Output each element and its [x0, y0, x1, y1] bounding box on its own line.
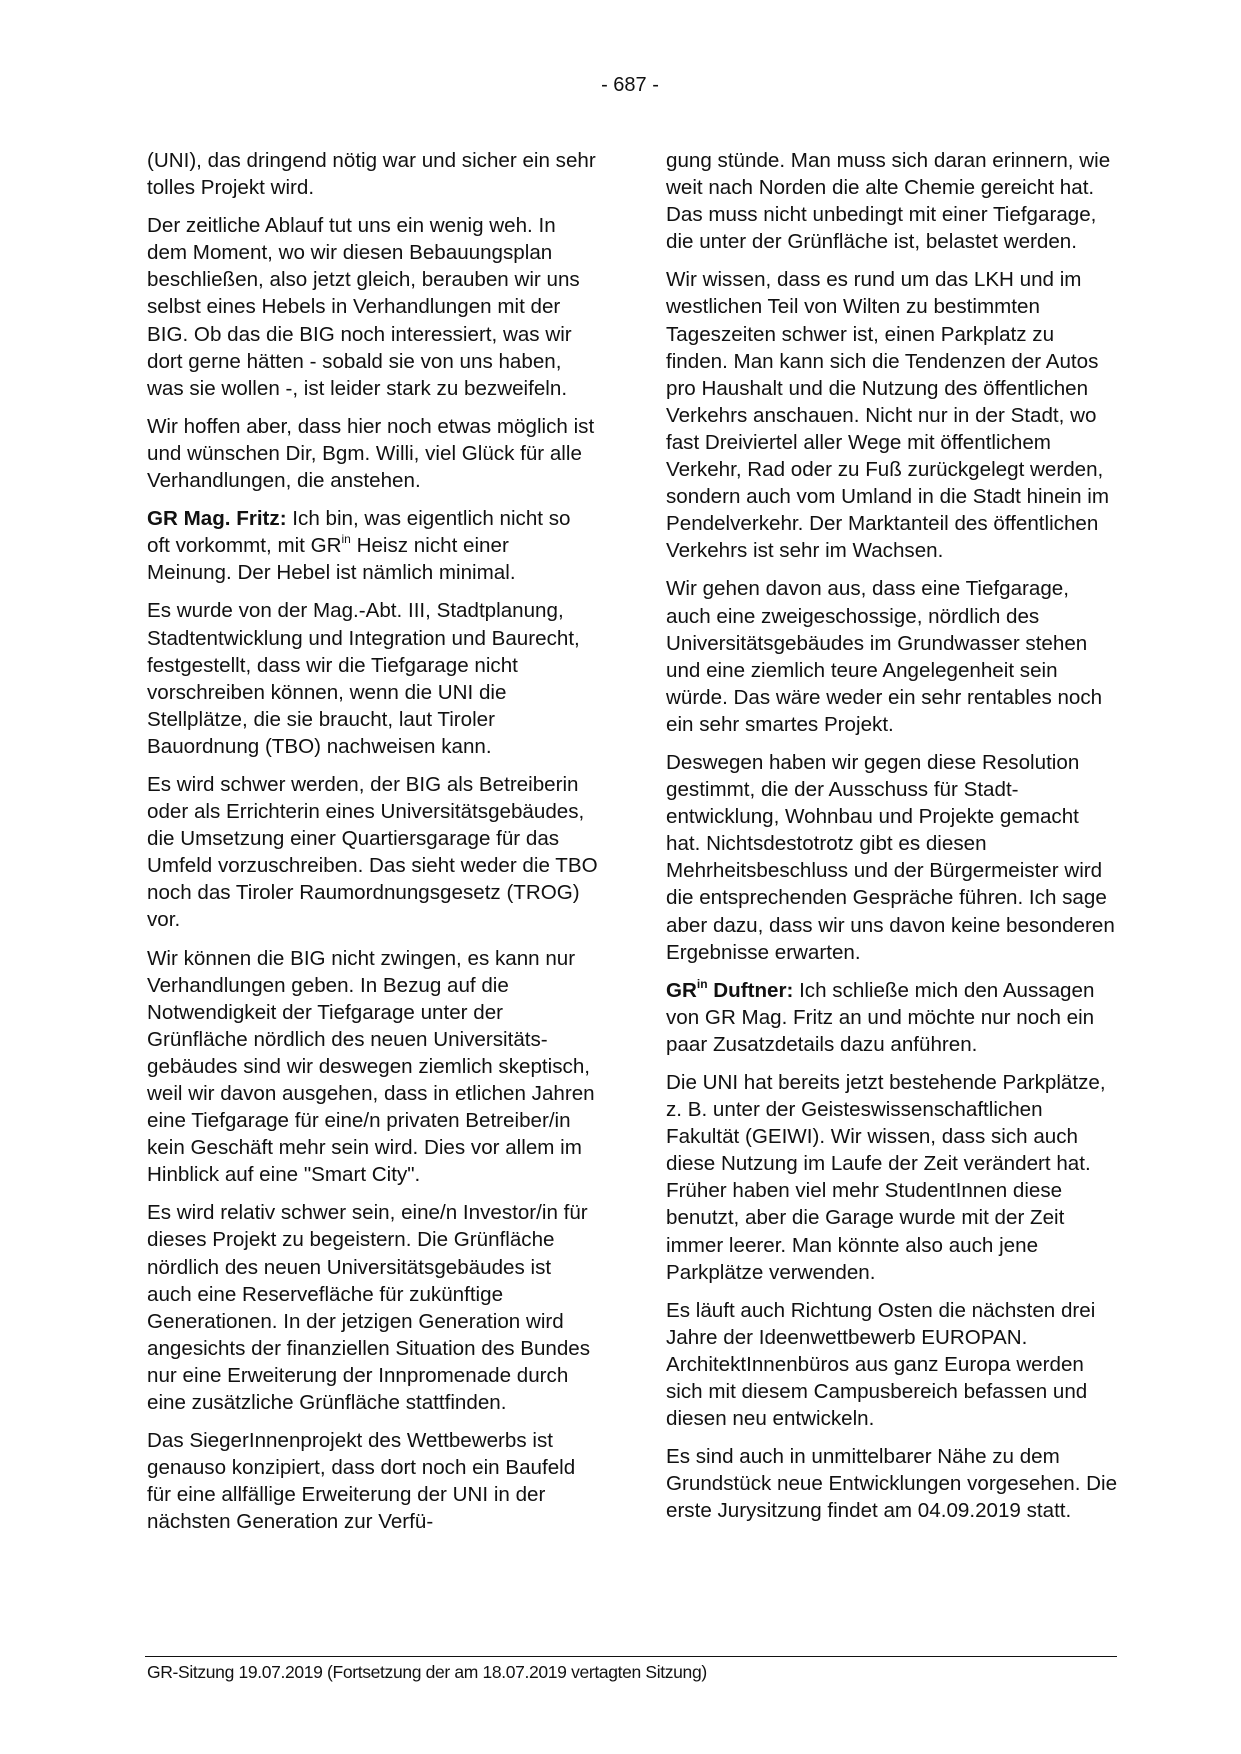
left-column: (UNI), das dringend nötig war und sicher…	[147, 147, 599, 1547]
paragraph: gung stünde. Man muss sich daran erin­ne…	[666, 147, 1118, 255]
speaker-paragraph: GR Mag. Fritz: Ich bin, was eigentlich n…	[147, 505, 599, 586]
right-column: gung stünde. Man muss sich daran erin­ne…	[666, 147, 1118, 1536]
superscript: in	[697, 977, 708, 991]
paragraph: Das SiegerInnenprojekt des Wettbewerbs i…	[147, 1427, 599, 1535]
speaker-title: GR	[666, 979, 697, 1002]
paragraph: Wir wissen, dass es rund um das LKH und …	[666, 266, 1118, 564]
paragraph: Wir können die BIG nicht zwingen, es kan…	[147, 945, 599, 1189]
superscript: in	[342, 532, 351, 546]
speaker-surname: Duftner:	[708, 979, 794, 1002]
paragraph: Es wurde von der Mag.-Abt. III, Stadtpla…	[147, 597, 599, 760]
paragraph: Es läuft auch Richtung Osten die nächste…	[666, 1297, 1118, 1432]
paragraph: Es wird schwer werden, der BIG als Betre…	[147, 771, 599, 934]
paragraph: Es wird relativ schwer sein, eine/n Inve…	[147, 1199, 599, 1416]
footer-divider	[145, 1656, 1117, 1657]
speaker-paragraph: GRin Duftner: Ich schließe mich den Auss…	[666, 977, 1118, 1058]
paragraph: Wir gehen davon aus, dass eine Tiefgarag…	[666, 575, 1118, 738]
paragraph: (UNI), das dringend nötig war und sicher…	[147, 147, 599, 201]
paragraph: Deswegen haben wir gegen diese Resolu­ti…	[666, 749, 1118, 966]
paragraph: Der zeitliche Ablauf tut uns ein wenig w…	[147, 212, 599, 402]
page-number: - 687 -	[0, 72, 1241, 98]
speaker-name: GR Mag. Fritz:	[147, 507, 287, 530]
paragraph: Die UNI hat bereits jetzt bestehende Par…	[666, 1069, 1118, 1286]
paragraph: Es sind auch in unmittelbarer Nähe zu de…	[666, 1443, 1118, 1524]
speaker-name: GRin Duftner:	[666, 979, 793, 1002]
paragraph: Wir hoffen aber, dass hier noch etwas mö…	[147, 413, 599, 494]
footer-text: GR-Sitzung 19.07.2019 (Fortsetzung der a…	[147, 1661, 707, 1683]
